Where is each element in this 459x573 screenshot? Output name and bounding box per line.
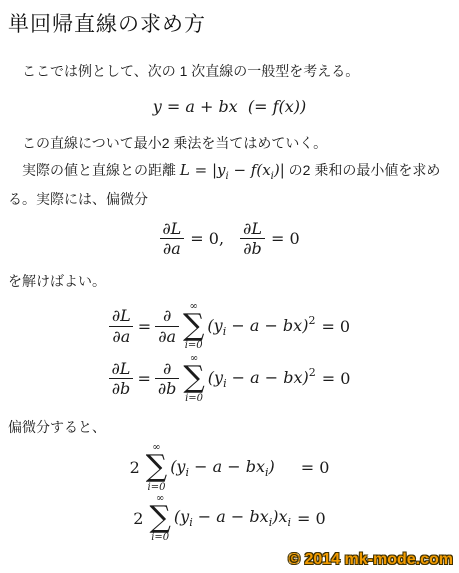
summation-symbol: ∞ ∑ i=0 [183,301,204,352]
paragraph-differentiate: 偏微分すると、 [8,414,451,441]
document-page: 単回帰直線の求め方 ここでは例として、次の 1 次直線の一般型を考える。 y =… [0,0,459,573]
formula-expanded-b: ∂L ∂b = ∂ ∂b ∞ ∑ i=0 (yi − a − bx)2 = 0 [8,353,451,404]
paragraph-solve: を解けばよい。 [8,268,451,295]
fraction-dL-db: ∂L ∂b [109,359,134,398]
summand-expression: (yi − a − bx)2 [207,314,315,338]
summation-symbol: ∞ ∑ i=0 [183,353,204,404]
summand-expression: (yi − a − bxi) [170,457,275,479]
fraction-dL-da: ∂L ∂a [109,306,134,345]
summation-symbol: ∞ ∑ i=0 [149,493,170,544]
page-title: 単回帰直線の求め方 [8,8,451,38]
fraction-d-da: ∂ ∂a [155,306,179,345]
distance-text-pre: 実際の値と直線との距離 [22,162,180,178]
copyright-watermark: © 2014 mk-mode.com [288,551,453,569]
summand-expression: (yi − a − bxi)xi [174,507,291,529]
equals-sign: = [137,369,150,388]
formula-general-line: y = a + bx (= f(x)) [8,97,451,116]
formula-derivative-a: 2 ∞ ∑ i=0 (yi − a − bxi) = 0 [8,442,451,493]
summation-symbol: ∞ ∑ i=0 [146,442,167,493]
equals-zero: = 0, [190,229,224,248]
fraction-dL-db: ∂L ∂b [240,219,265,258]
formula-expanded-a: ∂L ∂a = ∂ ∂a ∞ ∑ i=0 (yi − a − bx)2 = 0 [8,301,451,352]
math-general-line: y = a + bx (= f(x)) [153,97,307,116]
equals-zero: = 0 [297,509,326,528]
equals-zero: = 0 [322,369,351,388]
coefficient: 2 [133,509,143,528]
intro-paragraph: ここでは例として、次の 1 次直線の一般型を考える。 [8,58,451,85]
fraction-d-db: ∂ ∂b [155,359,180,398]
paragraph-distance: 実際の値と直線との距離 L = |yi − f(xi)| の2 乗和の最小値を求… [8,156,451,213]
summand-expression: (yi − a − bx)2 [208,366,316,390]
equals-sign: = [138,317,151,336]
equals-zero: = 0 [301,458,330,477]
equals-zero: = 0 [271,229,300,248]
paragraph-least-squares: この直線について最小2 乗法を当てはめていく。 [8,130,451,157]
equals-zero: = 0 [321,317,350,336]
inline-math-distance: L = |yi − f(xi)| [180,161,285,179]
formula-derivative-b: 2 ∞ ∑ i=0 (yi − a − bxi)xi = 0 [8,493,451,544]
fraction-dL-da: ∂L ∂a [159,219,184,258]
formula-partial-conditions: ∂L ∂a = 0, ∂L ∂b = 0 [8,219,451,258]
coefficient: 2 [130,458,140,477]
